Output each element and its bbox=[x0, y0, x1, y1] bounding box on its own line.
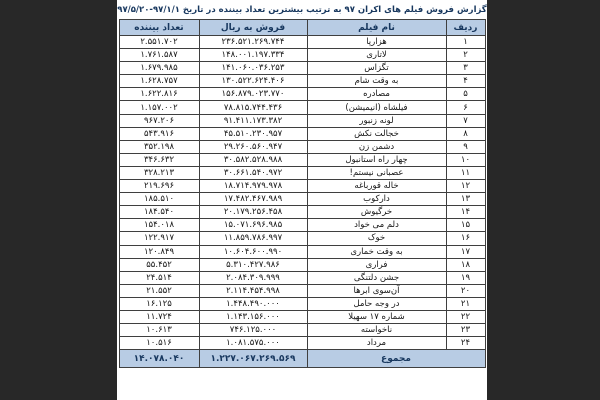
film-row: ۲۲شماره ۱۷ سهیلا۱.۱۴۳.۱۵۶.۰۰۰۱۱.۷۲۴ bbox=[119, 310, 485, 323]
viewers-cell: ۲۴.۵۱۴ bbox=[119, 271, 199, 284]
film-row: ۹دشمن زن۲۹.۲۶۰.۵۶۰.۹۴۷۳۵۲.۱۹۸ bbox=[119, 140, 485, 153]
film-row: ۱۰چهار راه استانبول۳۰.۵۸۲.۵۲۸.۹۸۸۳۴۶.۶۳۲ bbox=[119, 153, 485, 166]
sales-rial-cell: ۱۸.۷۱۴.۹۷۹.۹۷۸ bbox=[199, 180, 307, 193]
film-name-cell: به وقت شام bbox=[307, 75, 446, 88]
viewers-cell: ۱۰.۶۱۳ bbox=[119, 324, 199, 337]
film-row: ۲۰آن‌سوی ابرها۲.۱۱۴.۴۵۴.۹۹۸۲۱.۵۵۲ bbox=[119, 284, 485, 297]
viewers-cell: ۲۱.۵۵۲ bbox=[119, 284, 199, 297]
film-name-cell: هزارپا bbox=[307, 36, 446, 49]
row-number-cell: ۴ bbox=[446, 75, 485, 88]
row-number-cell: ۳ bbox=[446, 62, 485, 75]
film-name-cell: در وجه حامل bbox=[307, 297, 446, 310]
film-row: ۱۱عصبانی نیستم!۳۰.۶۶۱.۵۴۰.۹۷۲۳۲۸.۲۱۳ bbox=[119, 166, 485, 179]
column-header-film-name: نام فیلم bbox=[307, 20, 446, 36]
film-name-cell: خاله قورباغه bbox=[307, 180, 446, 193]
row-number-cell: ۱۸ bbox=[446, 258, 485, 271]
report-sheet: گزارش فروش فیلم های اکران ۹۷ به ترتیب بی… bbox=[117, 0, 487, 400]
row-number-cell: ۵ bbox=[446, 88, 485, 101]
row-number-cell: ۲۲ bbox=[446, 310, 485, 323]
viewers-cell: ۵۵.۴۵۲ bbox=[119, 258, 199, 271]
film-name-cell: دلم می خواد bbox=[307, 219, 446, 232]
viewers-cell: ۱۲۰.۸۴۹ bbox=[119, 245, 199, 258]
film-row: ۱۵دلم می خواد۱۵.۰۷۱.۶۹۶.۹۸۵۱۵۴.۰۱۸ bbox=[119, 219, 485, 232]
sales-rial-cell: ۱۵۶.۸۷۹.۰۲۳.۷۷۰ bbox=[199, 88, 307, 101]
film-row: ۱۲خاله قورباغه۱۸.۷۱۴.۹۷۹.۹۷۸۲۱۹.۶۹۶ bbox=[119, 180, 485, 193]
film-name-cell: به وقت خماری bbox=[307, 245, 446, 258]
sales-rial-cell: ۵.۳۱۰.۴۲۷.۹۸۶ bbox=[199, 258, 307, 271]
viewers-cell: ۱۰.۵۱۶ bbox=[119, 337, 199, 350]
film-row: ۱۴خرگیوش۲۰.۱۷۹.۲۵۶.۴۵۸۱۸۴.۵۴۰ bbox=[119, 206, 485, 219]
viewers-cell: ۱۸۵.۵۱۰ bbox=[119, 193, 199, 206]
film-name-cell: مرداد bbox=[307, 337, 446, 350]
viewers-cell: ۱.۶۲۸.۷۵۷ bbox=[119, 75, 199, 88]
film-row: ۱۸فراری۵.۳۱۰.۴۲۷.۹۸۶۵۵.۴۵۲ bbox=[119, 258, 485, 271]
film-name-cell: فیلشاه (انیمیشن) bbox=[307, 101, 446, 114]
viewers-cell: ۵۴۳.۹۱۶ bbox=[119, 127, 199, 140]
film-row: ۵مصادره۱۵۶.۸۷۹.۰۲۳.۷۷۰۱.۶۲۲.۸۱۶ bbox=[119, 88, 485, 101]
row-number-cell: ۱۵ bbox=[446, 219, 485, 232]
row-number-cell: ۲۴ bbox=[446, 337, 485, 350]
film-row: ۱هزارپا۲۳۶.۵۲۱.۲۶۹.۷۴۴۲.۵۵۱.۷۰۲ bbox=[119, 36, 485, 49]
sales-rial-cell: ۲۹.۲۶۰.۵۶۰.۹۴۷ bbox=[199, 140, 307, 153]
row-number-cell: ۱ bbox=[446, 36, 485, 49]
film-row: ۴به وقت شام۱۳۰.۵۲۲.۶۲۴.۴۰۶۱.۶۲۸.۷۵۷ bbox=[119, 75, 485, 88]
film-row: ۳تگزاس۱۴۱.۰۶۰.۰۳۶.۲۵۳۱.۶۷۹.۹۸۵ bbox=[119, 62, 485, 75]
film-name-cell: تگزاس bbox=[307, 62, 446, 75]
viewers-cell: ۱.۱۵۷.۰۰۲ bbox=[119, 101, 199, 114]
sales-rial-cell: ۱۴۸.۰۰۱.۱۹۷.۳۳۴ bbox=[199, 49, 307, 62]
film-name-cell: شماره ۱۷ سهیلا bbox=[307, 310, 446, 323]
table-header-row: ردیف نام فیلم فروش به ریال تعداد بیننده bbox=[119, 20, 485, 36]
viewers-cell: ۳۴۶.۶۳۲ bbox=[119, 153, 199, 166]
row-number-cell: ۶ bbox=[446, 101, 485, 114]
viewers-cell: ۱.۶۷۹.۹۸۵ bbox=[119, 62, 199, 75]
film-row: ۷لونه زنبور۹۱.۴۱۱.۱۷۳.۳۸۲۹۶۷.۲۰۶ bbox=[119, 114, 485, 127]
film-row: ۱۳دارکوب۱۷.۴۸۲.۴۶۷.۹۸۹۱۸۵.۵۱۰ bbox=[119, 193, 485, 206]
viewers-cell: ۱۵۴.۰۱۸ bbox=[119, 219, 199, 232]
column-header-row-number: ردیف bbox=[446, 20, 485, 36]
row-number-cell: ۲۱ bbox=[446, 297, 485, 310]
sales-rial-cell: ۷۸.۸۱۵.۷۴۴.۴۳۶ bbox=[199, 101, 307, 114]
films-table: ردیف نام فیلم فروش به ریال تعداد بیننده … bbox=[119, 19, 486, 368]
sales-rial-cell: ۱.۱۴۳.۱۵۶.۰۰۰ bbox=[199, 310, 307, 323]
row-number-cell: ۲۳ bbox=[446, 324, 485, 337]
row-number-cell: ۱۱ bbox=[446, 166, 485, 179]
viewers-cell: ۲.۵۵۱.۷۰۲ bbox=[119, 36, 199, 49]
row-number-cell: ۷ bbox=[446, 114, 485, 127]
sales-rial-cell: ۱۵.۰۷۱.۶۹۶.۹۸۵ bbox=[199, 219, 307, 232]
film-row: ۱۶خوک۱۱.۸۵۹.۷۸۶.۹۹۷۱۲۲.۹۱۷ bbox=[119, 232, 485, 245]
film-name-cell: خوک bbox=[307, 232, 446, 245]
row-number-cell: ۱۲ bbox=[446, 180, 485, 193]
sales-rial-cell: ۱۳۰.۵۲۲.۶۲۴.۴۰۶ bbox=[199, 75, 307, 88]
film-name-cell: دشمن زن bbox=[307, 140, 446, 153]
film-row: ۱۷به وقت خماری۱۰.۶۰۴.۶۰۰.۹۹۰۱۲۰.۸۴۹ bbox=[119, 245, 485, 258]
total-row: مجموع ۱.۲۲۷.۰۶۷.۲۶۹.۵۶۹ ۱۴.۰۷۸.۰۴۰ bbox=[119, 350, 485, 368]
viewers-cell: ۱.۶۲۲.۸۱۶ bbox=[119, 88, 199, 101]
sales-rial-cell: ۷۴۶.۱۲۵.۰۰۰ bbox=[199, 324, 307, 337]
viewers-cell: ۹۶۷.۲۰۶ bbox=[119, 114, 199, 127]
sales-rial-cell: ۱.۰۸۱.۵۷۵.۰۰۰ bbox=[199, 337, 307, 350]
film-name-cell: خرگیوش bbox=[307, 206, 446, 219]
viewers-cell: ۱.۷۶۱.۵۸۷ bbox=[119, 49, 199, 62]
sales-rial-cell: ۴۵.۵۱۰.۲۳۰.۹۵۷ bbox=[199, 127, 307, 140]
film-name-cell: فراری bbox=[307, 258, 446, 271]
sales-rial-cell: ۲.۱۱۴.۴۵۴.۹۹۸ bbox=[199, 284, 307, 297]
film-name-cell: چهار راه استانبول bbox=[307, 153, 446, 166]
sales-rial-cell: ۹۱.۴۱۱.۱۷۳.۳۸۲ bbox=[199, 114, 307, 127]
film-name-cell: دارکوب bbox=[307, 193, 446, 206]
film-name-cell: عصبانی نیستم! bbox=[307, 166, 446, 179]
sales-rial-cell: ۳۰.۶۶۱.۵۴۰.۹۷۲ bbox=[199, 166, 307, 179]
film-name-cell: لونه زنبور bbox=[307, 114, 446, 127]
sales-rial-cell: ۱۷.۴۸۲.۴۶۷.۹۸۹ bbox=[199, 193, 307, 206]
viewers-cell: ۱۸۴.۵۴۰ bbox=[119, 206, 199, 219]
sales-rial-cell: ۲۳۶.۵۲۱.۲۶۹.۷۴۴ bbox=[199, 36, 307, 49]
page-background: گزارش فروش فیلم های اکران ۹۷ به ترتیب بی… bbox=[0, 0, 600, 400]
film-name-cell: آن‌سوی ابرها bbox=[307, 284, 446, 297]
viewers-cell: ۱۲۲.۹۱۷ bbox=[119, 232, 199, 245]
row-number-cell: ۲۰ bbox=[446, 284, 485, 297]
sales-rial-cell: ۳۰.۵۸۲.۵۲۸.۹۸۸ bbox=[199, 153, 307, 166]
viewers-cell: ۳۲۸.۲۱۳ bbox=[119, 166, 199, 179]
film-name-cell: خجالت نکش bbox=[307, 127, 446, 140]
sales-rial-cell: ۱.۴۴۸.۴۹۰.۰۰۰ bbox=[199, 297, 307, 310]
total-sales-rial: ۱.۲۲۷.۰۶۷.۲۶۹.۵۶۹ bbox=[199, 350, 307, 368]
sales-rial-cell: ۲۰.۱۷۹.۲۵۶.۴۵۸ bbox=[199, 206, 307, 219]
viewers-cell: ۳۵۲.۱۹۸ bbox=[119, 140, 199, 153]
film-row: ۶فیلشاه (انیمیشن)۷۸.۸۱۵.۷۴۴.۴۳۶۱.۱۵۷.۰۰۲ bbox=[119, 101, 485, 114]
film-name-cell: لاتاری bbox=[307, 49, 446, 62]
film-name-cell: مصادره bbox=[307, 88, 446, 101]
row-number-cell: ۱۹ bbox=[446, 271, 485, 284]
row-number-cell: ۱۰ bbox=[446, 153, 485, 166]
total-viewers: ۱۴.۰۷۸.۰۴۰ bbox=[119, 350, 199, 368]
film-name-cell: جشن دلتنگی bbox=[307, 271, 446, 284]
film-name-cell: ناخواسته bbox=[307, 324, 446, 337]
sales-rial-cell: ۱۰.۶۰۴.۶۰۰.۹۹۰ bbox=[199, 245, 307, 258]
row-number-cell: ۹ bbox=[446, 140, 485, 153]
row-number-cell: ۸ bbox=[446, 127, 485, 140]
film-row: ۸خجالت نکش۴۵.۵۱۰.۲۳۰.۹۵۷۵۴۳.۹۱۶ bbox=[119, 127, 485, 140]
row-number-cell: ۱۶ bbox=[446, 232, 485, 245]
sales-rial-cell: ۱۴۱.۰۶۰.۰۳۶.۲۵۳ bbox=[199, 62, 307, 75]
column-header-viewers: تعداد بیننده bbox=[119, 20, 199, 36]
row-number-cell: ۲ bbox=[446, 49, 485, 62]
film-row: ۲۱در وجه حامل۱.۴۴۸.۴۹۰.۰۰۰۱۶.۱۲۵ bbox=[119, 297, 485, 310]
viewers-cell: ۱۱.۷۲۴ bbox=[119, 310, 199, 323]
sales-rial-cell: ۲.۰۸۴.۳۰۹.۹۹۹ bbox=[199, 271, 307, 284]
viewers-cell: ۱۶.۱۲۵ bbox=[119, 297, 199, 310]
row-number-cell: ۱۴ bbox=[446, 206, 485, 219]
film-row: ۲۳ناخواسته۷۴۶.۱۲۵.۰۰۰۱۰.۶۱۳ bbox=[119, 324, 485, 337]
row-number-cell: ۱۳ bbox=[446, 193, 485, 206]
row-number-cell: ۱۷ bbox=[446, 245, 485, 258]
total-label: مجموع bbox=[307, 350, 485, 368]
report-title: گزارش فروش فیلم های اکران ۹۷ به ترتیب بی… bbox=[117, 0, 487, 18]
film-row: ۲۴مرداد۱.۰۸۱.۵۷۵.۰۰۰۱۰.۵۱۶ bbox=[119, 337, 485, 350]
film-row: ۲لاتاری۱۴۸.۰۰۱.۱۹۷.۳۳۴۱.۷۶۱.۵۸۷ bbox=[119, 49, 485, 62]
film-row: ۱۹جشن دلتنگی۲.۰۸۴.۳۰۹.۹۹۹۲۴.۵۱۴ bbox=[119, 271, 485, 284]
viewers-cell: ۲۱۹.۶۹۶ bbox=[119, 180, 199, 193]
column-header-sales-rial: فروش به ریال bbox=[199, 20, 307, 36]
sales-rial-cell: ۱۱.۸۵۹.۷۸۶.۹۹۷ bbox=[199, 232, 307, 245]
